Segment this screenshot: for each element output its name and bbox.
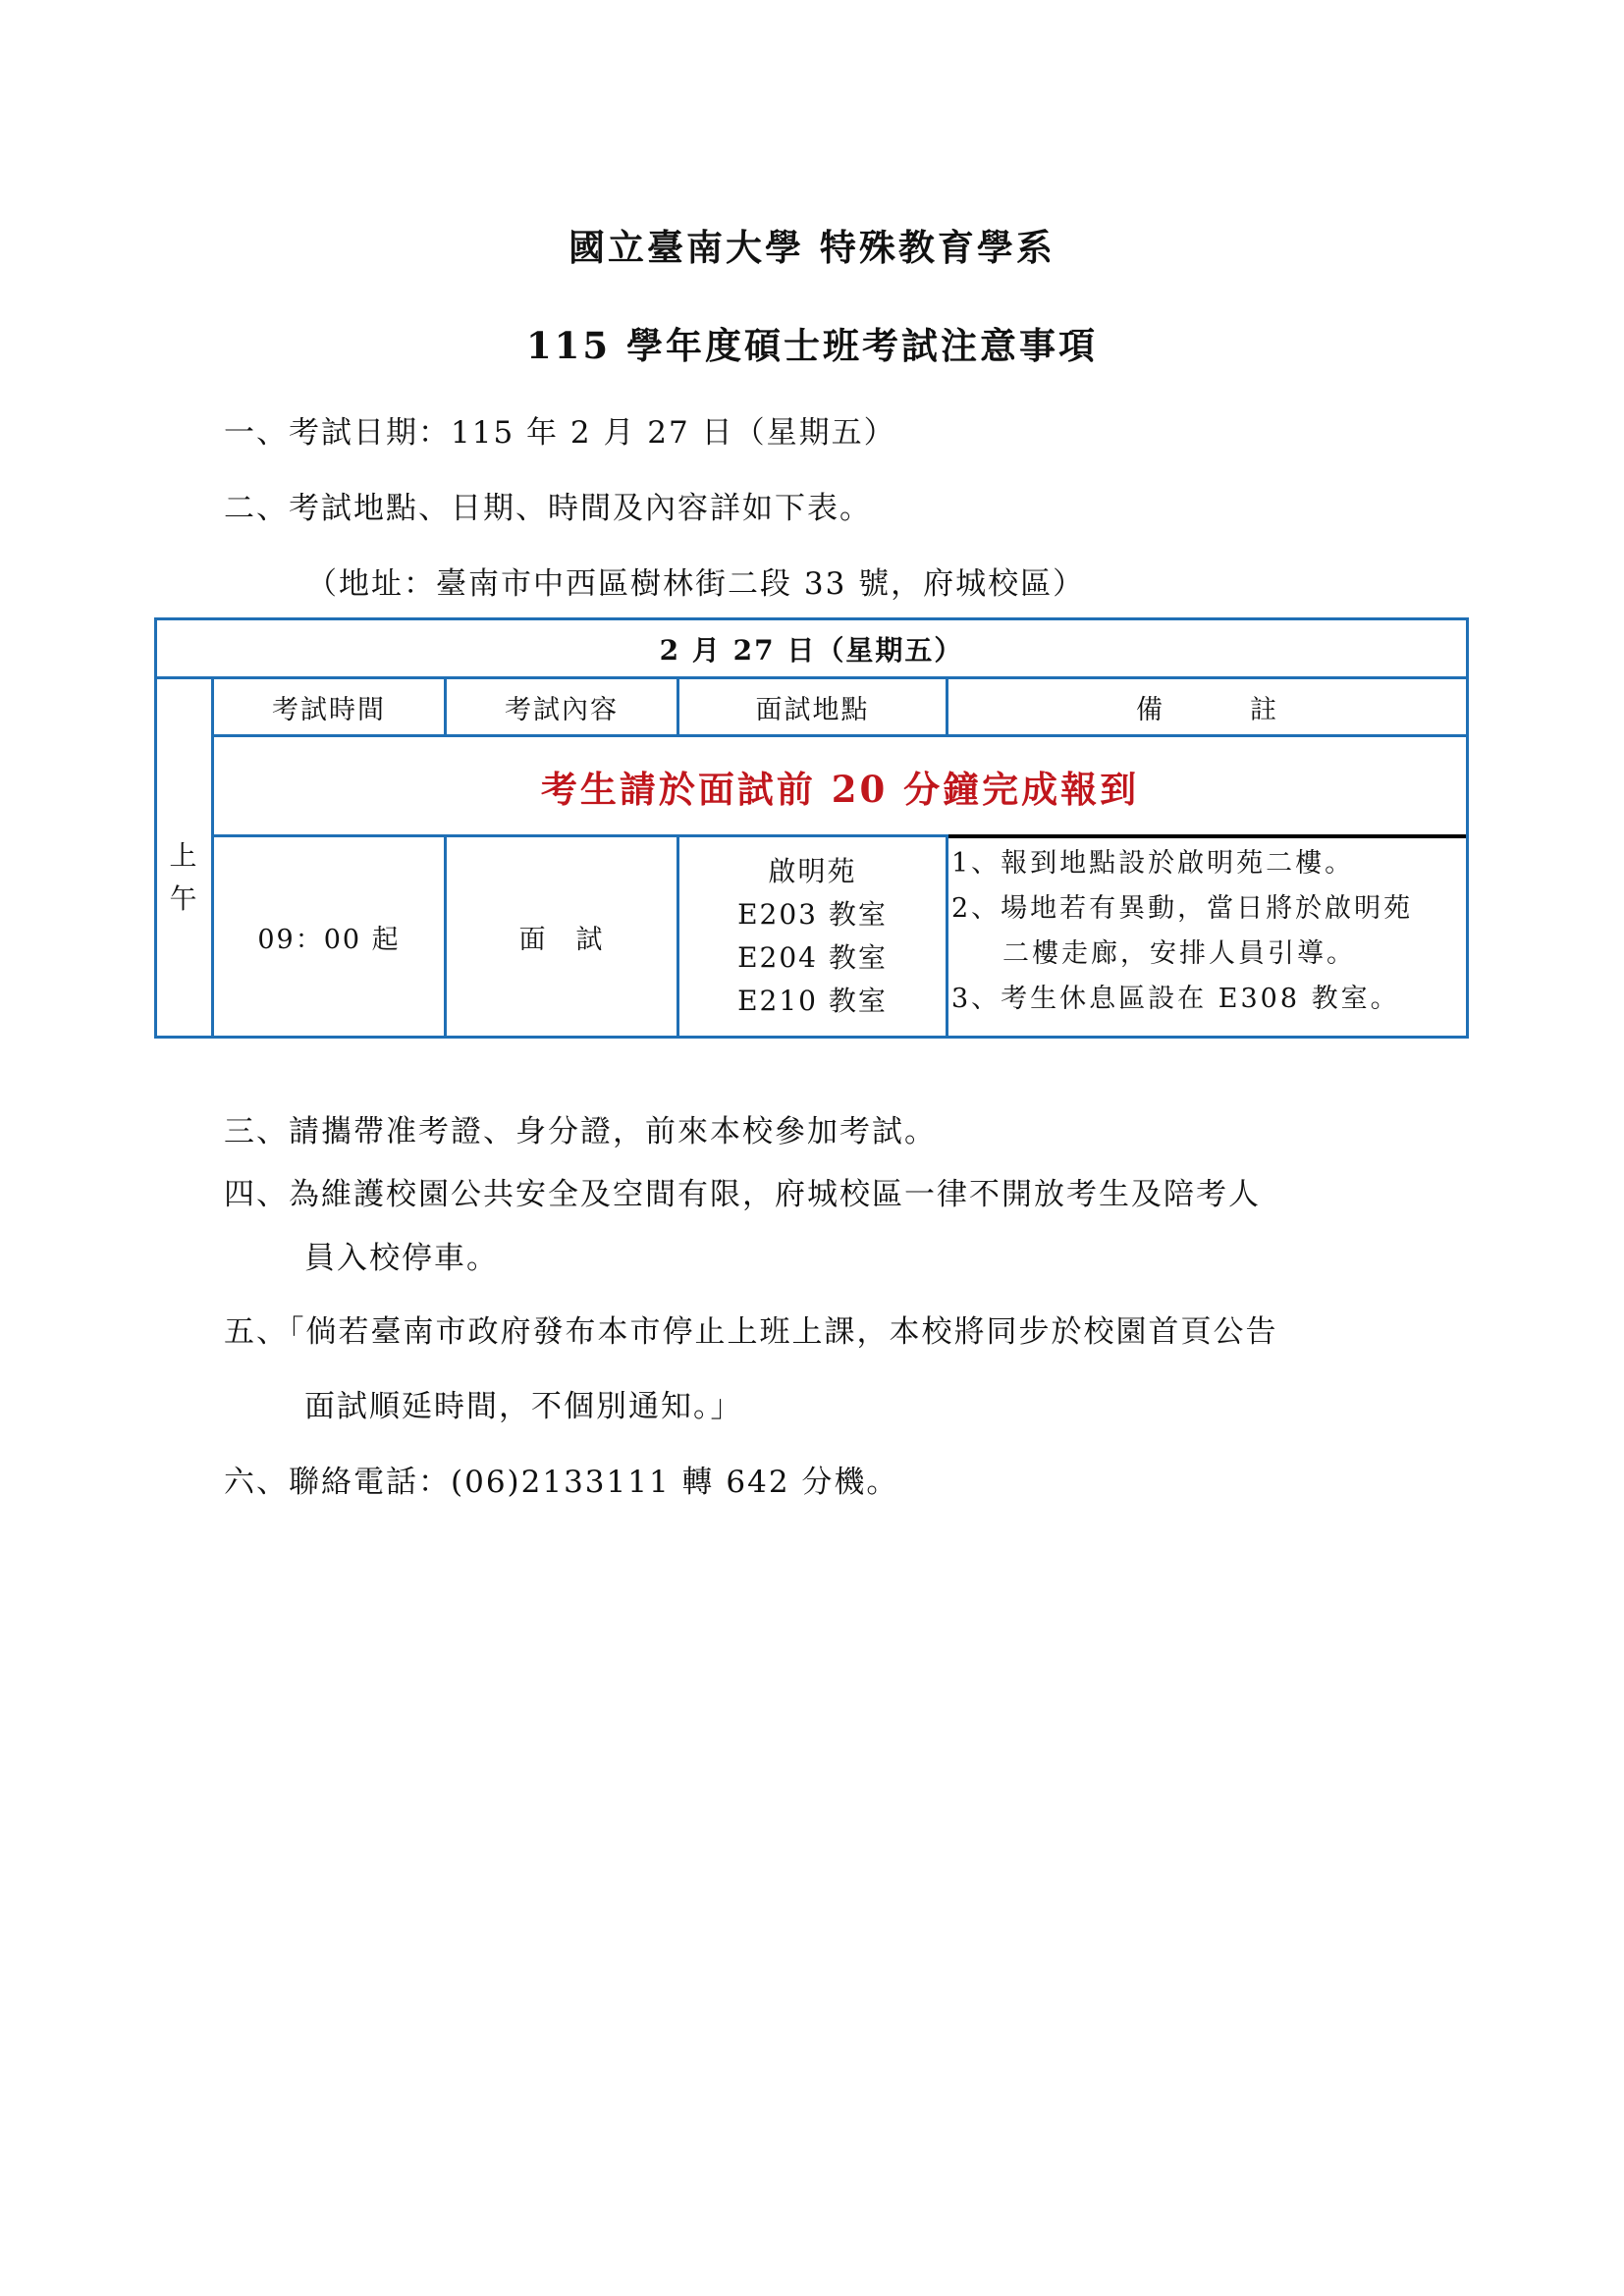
period-cell: 上 午	[157, 679, 211, 1036]
check-in-banner: 考生請於面試前 20 分鐘完成報到	[214, 737, 1466, 834]
item-text: 考試地點、日期、時間及內容詳如下表。	[289, 491, 872, 526]
table-divider-col3	[946, 834, 948, 1039]
item-contact-phone: 六、聯絡電話：(06)2133111 轉 642 分機。	[224, 1463, 898, 1502]
item-typhoon-notice: 五、「倘若臺南市政府發布本市停止上班上課，本校將同步於校園首頁公告	[224, 1312, 1278, 1352]
item-bring-documents: 三、請攜帶准考證、身分證，前來本校參加考試。	[224, 1112, 937, 1151]
item-parking-cont: 員入校停車。	[304, 1239, 499, 1278]
item-label: 二、	[224, 491, 289, 526]
item-text: 考試日期：115 年 2 月 27 日（星期五）	[289, 415, 896, 451]
column-header-content: 考試內容	[447, 679, 677, 734]
address-note: （地址：臺南市中西區樹林街二段 33 號，府城校區）	[306, 564, 1085, 604]
exam-location-cell: 啟明苑 E203 教室 E204 教室 E210 教室	[679, 837, 946, 1036]
location-room: E210 教室	[737, 980, 888, 1023]
remark-line: 2、場地若有異動，當日將於啟明苑	[951, 886, 1413, 932]
item-label: 六、	[224, 1465, 289, 1500]
page-title: 國立臺南大學 特殊教育學系	[0, 218, 1624, 271]
location-building: 啟明苑	[768, 850, 856, 893]
location-room: E203 教室	[737, 893, 888, 936]
column-header-remarks: 備 註	[948, 679, 1466, 734]
remarks-cell: 1、報到地點設於啟明苑二樓。 2、場地若有異動，當日將於啟明苑 二樓走廊，安排人…	[951, 841, 1413, 1022]
item-text: 為維護校園公共安全及空間有限，府城校區一律不開放考生及陪考人	[289, 1177, 1261, 1212]
period-char: 午	[169, 878, 198, 921]
exam-time-cell: 09：00 起	[214, 837, 444, 1036]
column-header-time: 考試時間	[214, 679, 444, 734]
item-label: 三、	[224, 1114, 289, 1149]
item-typhoon-notice-cont: 面試順延時間，不個別通知。」	[304, 1387, 743, 1426]
remark-line: 3、考生休息區設在 E308 教室。	[951, 977, 1413, 1022]
remarks-top-border	[947, 834, 1469, 838]
period-char: 上	[169, 834, 198, 878]
item-parking: 四、為維護校園公共安全及空間有限，府城校區一律不開放考生及陪考人	[224, 1175, 1261, 1214]
page-subtitle: 115 學年度碩士班考試注意事項	[0, 316, 1624, 369]
item-label: 五、	[224, 1314, 289, 1350]
column-header-location: 面試地點	[679, 679, 946, 734]
item-text: 聯絡電話：(06)2133111 轉 642 分機。	[289, 1465, 898, 1500]
location-room: E204 教室	[737, 936, 888, 980]
item-label: 一、	[224, 415, 289, 451]
remark-line: 二樓走廊，安排人員引導。	[951, 932, 1413, 977]
item-label: 四、	[224, 1177, 289, 1212]
item-text: 「倘若臺南市政府發布本市停止上班上課，本校將同步於校園首頁公告	[289, 1314, 1278, 1350]
remark-line: 1、報到地點設於啟明苑二樓。	[951, 841, 1413, 886]
item-text: 請攜帶准考證、身分證，前來本校參加考試。	[289, 1114, 937, 1149]
item-exam-date: 一、考試日期：115 年 2 月 27 日（星期五）	[224, 413, 896, 453]
table-border-right	[1466, 617, 1469, 1039]
table-border-bottom	[154, 1036, 1469, 1039]
schedule-table: 2 月 27 日（星期五） 上 午 考試時間 考試內容 面試地點 備 註 考生請…	[154, 617, 1469, 1038]
day-header: 2 月 27 日（星期五）	[157, 620, 1466, 676]
exam-content-cell: 面 試	[447, 837, 677, 1036]
item-exam-location: 二、考試地點、日期、時間及內容詳如下表。	[224, 489, 872, 528]
